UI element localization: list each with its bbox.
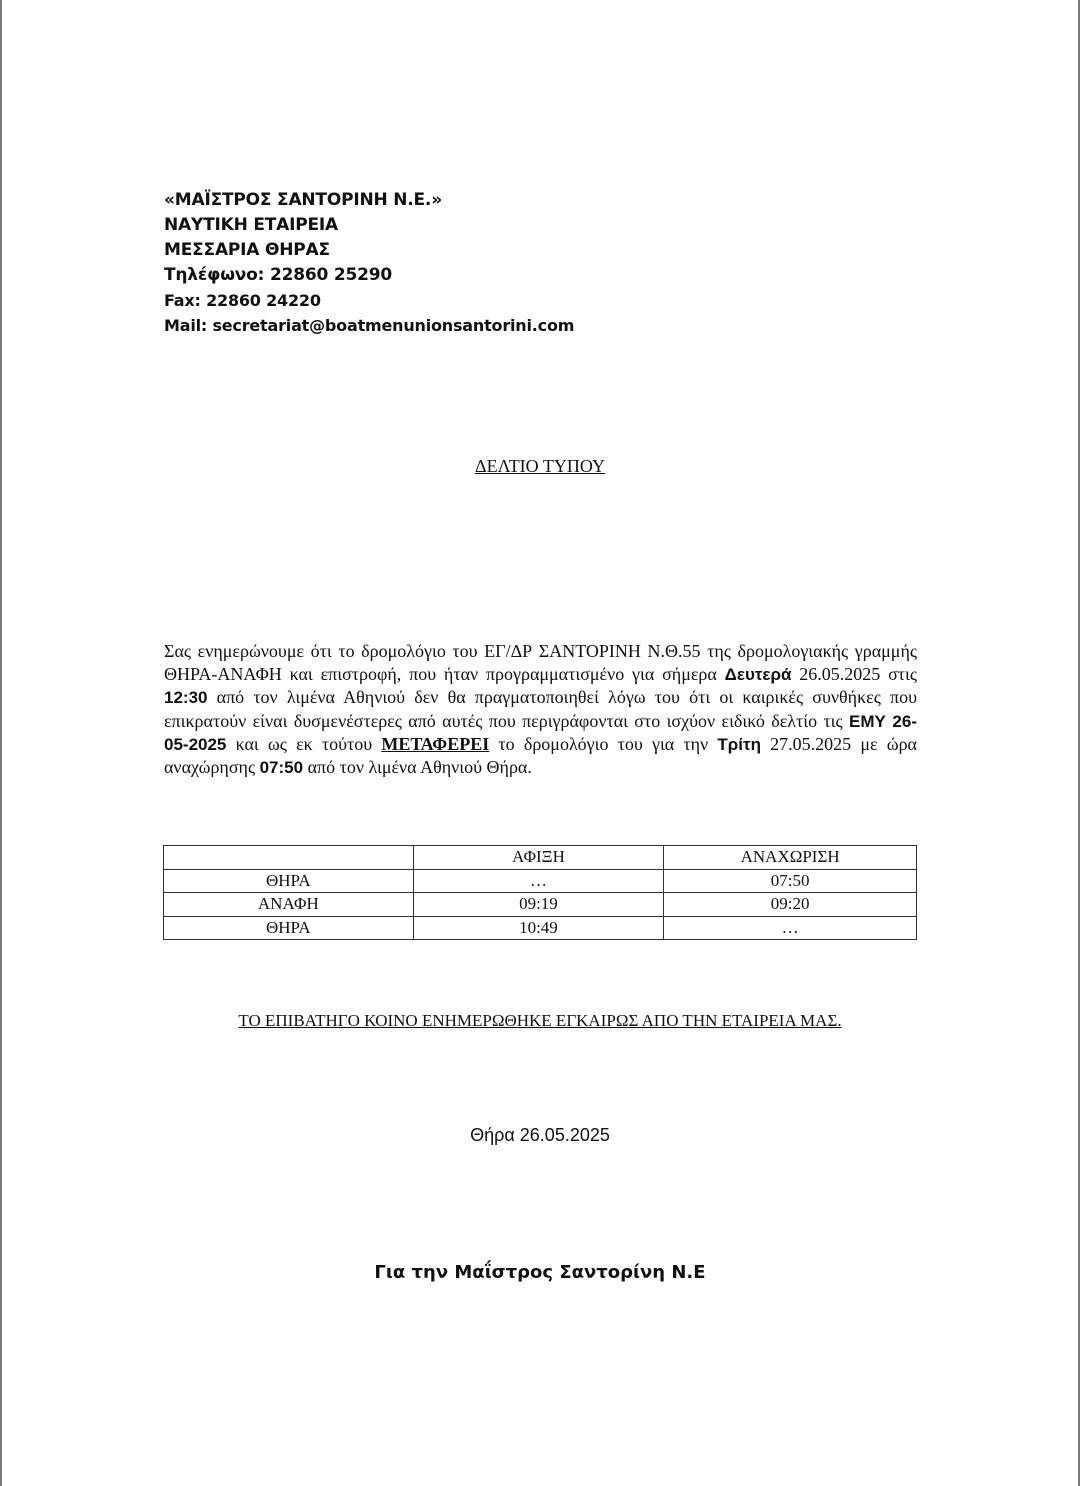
cell-departure: 09:20 — [664, 893, 917, 917]
body-text: από τον λιμένα Αθηνιού δεν θα πραγματοπο… — [164, 687, 917, 730]
header-port — [164, 846, 414, 870]
table-header-row: ΑΦΙΞΗ ΑΝΑΧΩΡΙΣΗ — [164, 846, 917, 870]
header-departure: ΑΝΑΧΩΡΙΣΗ — [664, 846, 917, 870]
cell-port: ΑΝΑΦΗ — [164, 893, 414, 917]
cell-arrival: 10:49 — [413, 916, 664, 940]
body-paragraph: Σας ενημερώνουμε ότι το δρομολόγιο του Ε… — [164, 640, 917, 779]
body-text: 26.05.2025 στις — [791, 664, 917, 684]
body-text: από τον λιμένα Αθηνιού Θήρα. — [303, 757, 532, 777]
cancelled-time: 12:30 — [164, 688, 207, 707]
table-row: ΑΝΑΦΗ 09:19 09:20 — [164, 893, 917, 917]
body-text: και ως εκ τούτου — [226, 734, 381, 754]
action-word: ΜΕΤΑΦΕΡΕΙ — [381, 734, 489, 754]
company-phone: Τηλέφωνο: 22860 25290 — [164, 263, 574, 288]
day-tuesday: Τρίτη — [717, 735, 761, 754]
company-type: ΝΑΥΤΙΚΗ ΕΤΑΙΡΕΙΑ — [164, 213, 574, 238]
new-departure-time: 07:50 — [260, 758, 303, 777]
cell-arrival: … — [413, 869, 664, 893]
document-title: ΔΕΛΤΙΟ ΤΥΠΟΥ — [0, 456, 1080, 477]
place-date: Θήρα 26.05.2025 — [0, 1125, 1080, 1146]
header-arrival: ΑΦΙΞΗ — [413, 846, 664, 870]
schedule-table: ΑΦΙΞΗ ΑΝΑΧΩΡΙΣΗ ΘΗΡΑ … 07:50 ΑΝΑΦΗ 09:19… — [163, 845, 917, 940]
cell-port: ΘΗΡΑ — [164, 916, 414, 940]
passenger-notice: ΤΟ ΕΠΙΒΑΤΗΓΟ ΚΟΙΝΟ ΕΝΗΜΕΡΩΘΗΚΕ ΕΓΚΑΙΡΩΣ … — [0, 1011, 1080, 1031]
letterhead: «ΜΑΪΣΤΡΟΣ ΣΑΝΤΟΡΙΝΗ Ν.Ε.» ΝΑΥΤΙΚΗ ΕΤΑΙΡΕ… — [164, 188, 574, 338]
company-location: ΜΕΣΣΑΡΙΑ ΘΗΡΑΣ — [164, 238, 574, 263]
company-mail: Mail: secretariat@boatmenunionsantorini.… — [164, 313, 574, 338]
company-fax: Fax: 22860 24220 — [164, 288, 574, 313]
day-monday: Δευτερά — [725, 665, 792, 684]
cell-departure: … — [664, 916, 917, 940]
body-text: το δρομολόγιο του για την — [489, 734, 717, 754]
table-row: ΘΗΡΑ 10:49 … — [164, 916, 917, 940]
cell-port: ΘΗΡΑ — [164, 869, 414, 893]
signature: Για την Μαΐστρος Σαντορίνη Ν.Ε — [0, 1262, 1080, 1283]
cell-departure: 07:50 — [664, 869, 917, 893]
table-row: ΘΗΡΑ … 07:50 — [164, 869, 917, 893]
cell-arrival: 09:19 — [413, 893, 664, 917]
company-name: «ΜΑΪΣΤΡΟΣ ΣΑΝΤΟΡΙΝΗ Ν.Ε.» — [164, 188, 574, 213]
